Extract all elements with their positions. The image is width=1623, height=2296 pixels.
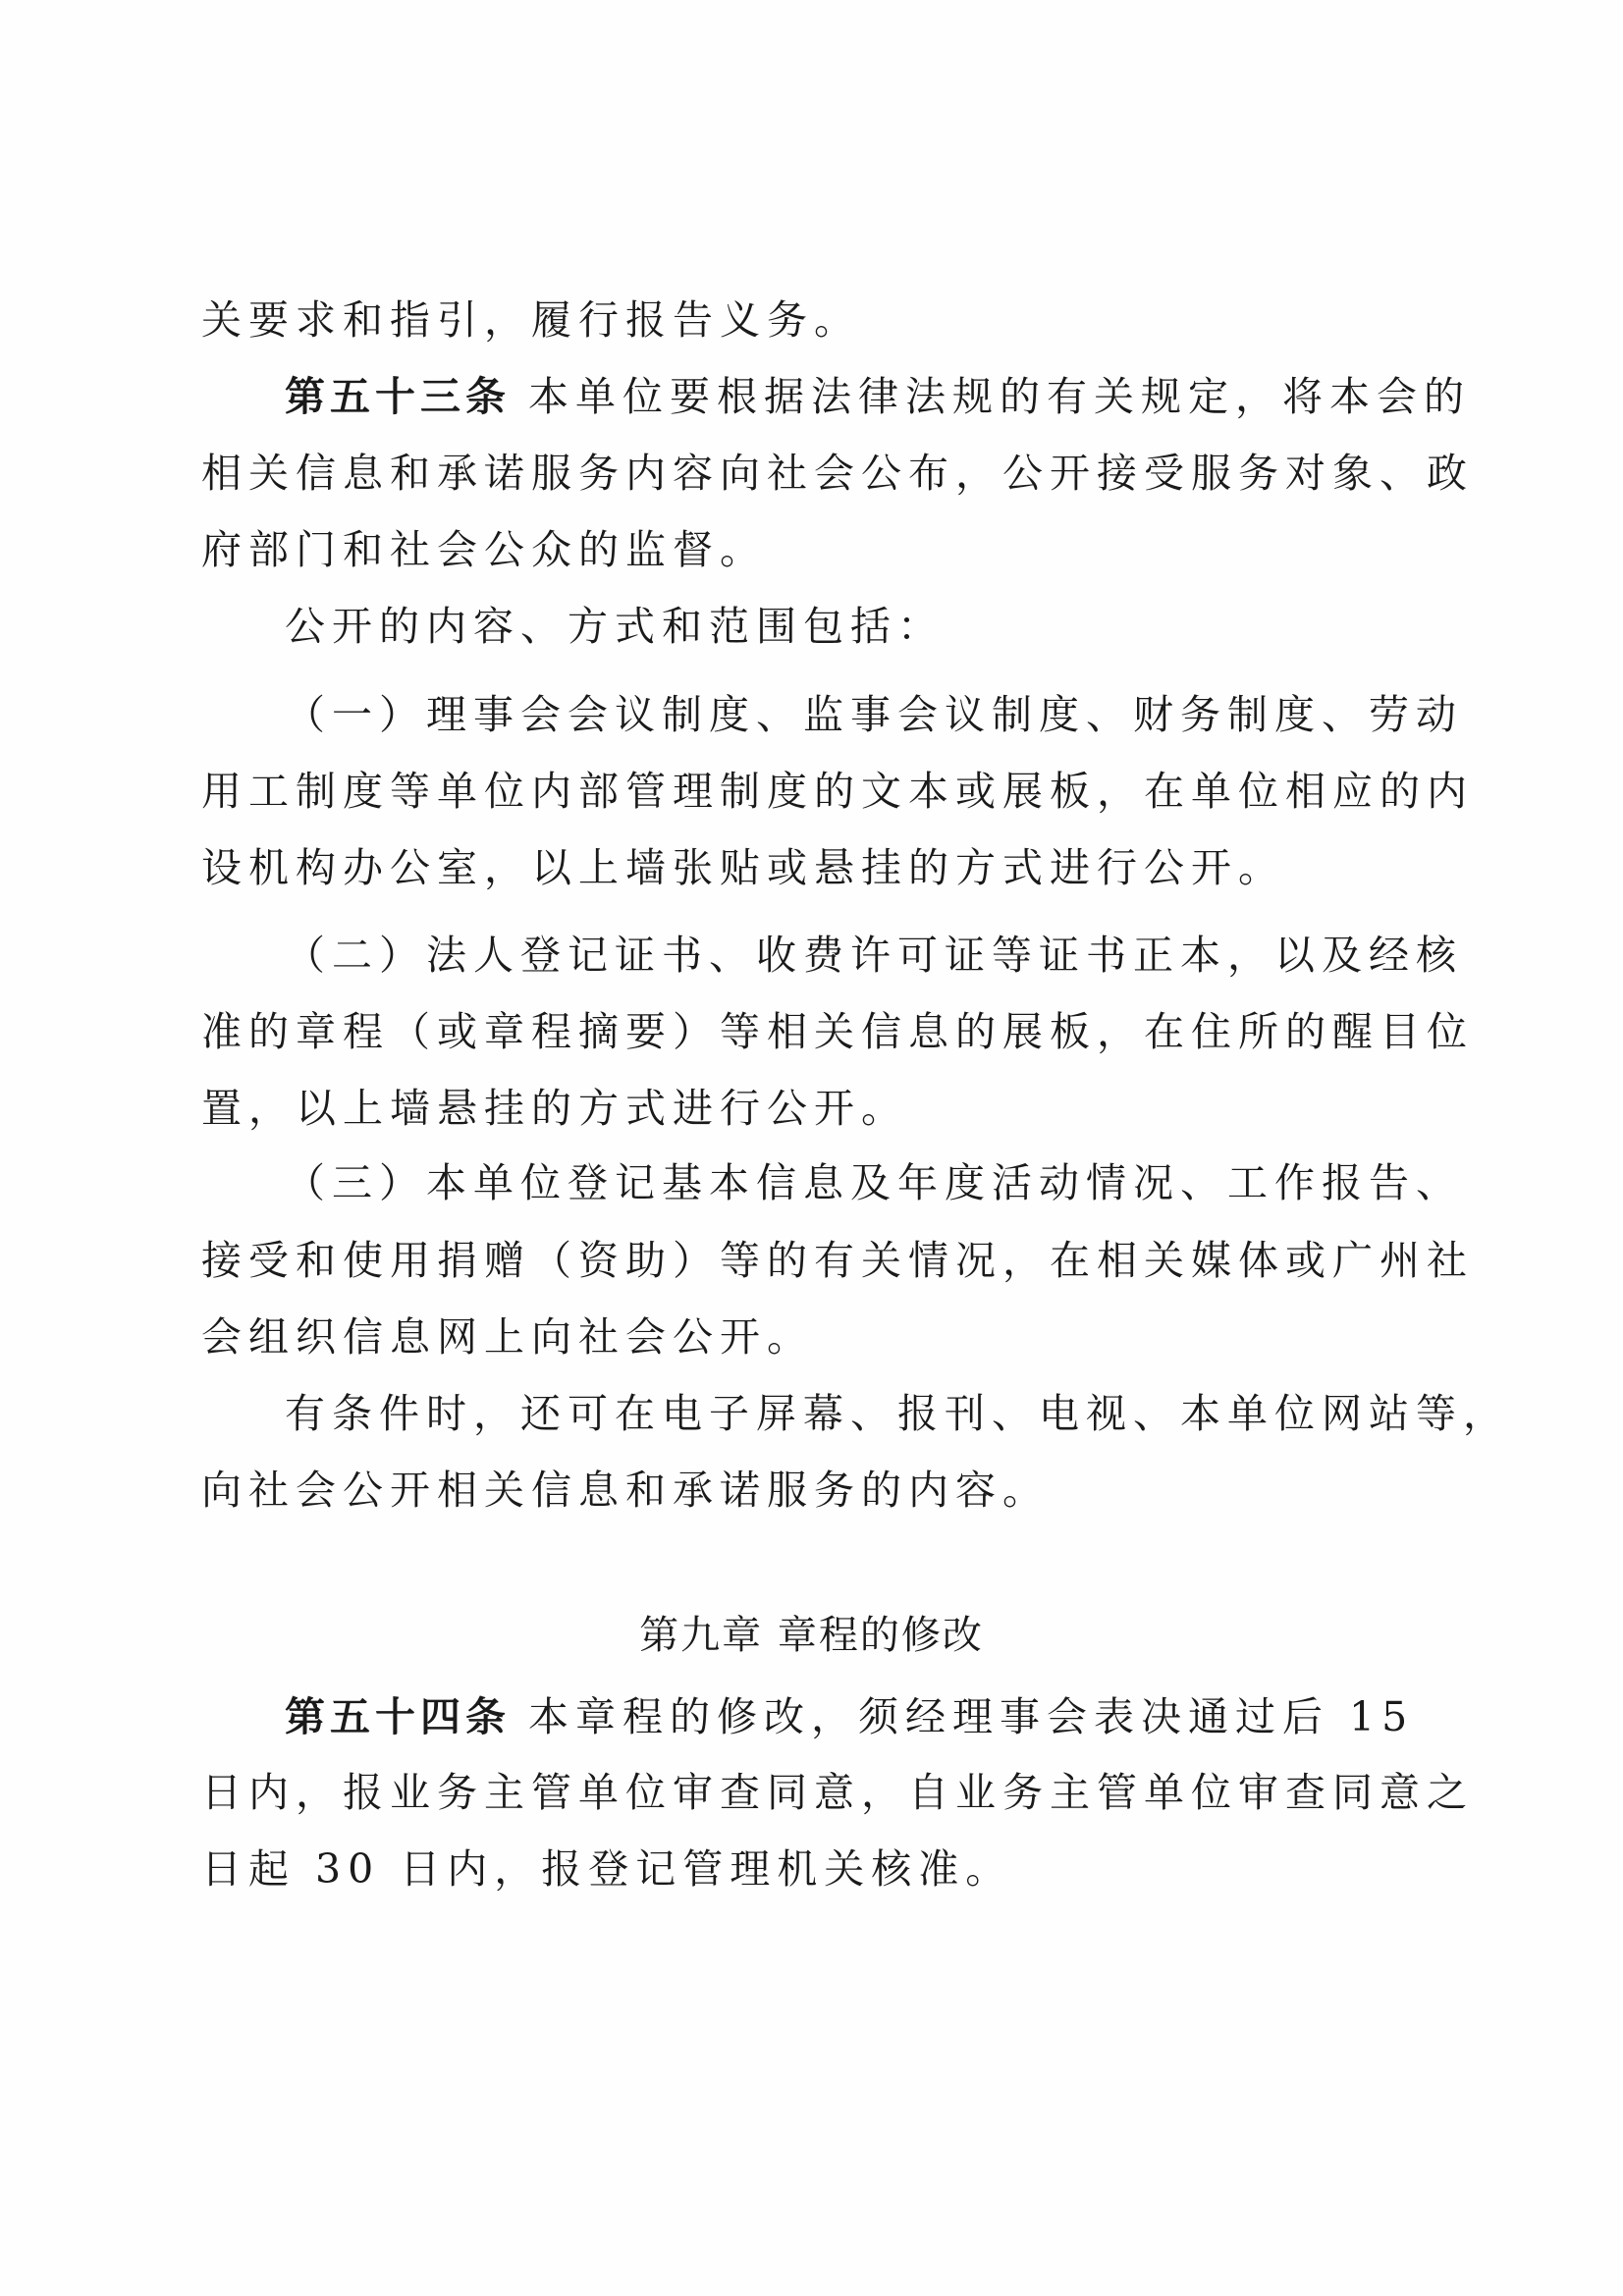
paragraph-line: 相关信息和承诺服务内容向社会公布，公开接受服务对象、政 <box>201 448 1394 499</box>
paragraph-line: 向社会公开相关信息和承诺服务的内容。 <box>201 1465 1394 1516</box>
paragraph-line: 公开的内容、方式和范围包括： <box>285 601 1394 652</box>
paragraph-text: 本章程的修改，须经理事会表决通过后 15 <box>528 1693 1414 1740</box>
article-53-first-line: 第五十三条本单位要根据法律法规的有关规定，将本会的 <box>285 371 1394 422</box>
paragraph-text: 本单位要根据法律法规的有关规定，将本会的 <box>528 373 1471 420</box>
paragraph-line: 接受和使用捐赠（资助）等的有关情况，在相关媒体或广州社 <box>201 1235 1394 1286</box>
paragraph-line: 准的章程（或章程摘要）等相关信息的展板，在住所的醒目位 <box>201 1006 1394 1057</box>
chapter-title: 第九章 章程的修改 <box>0 1610 1623 1661</box>
paragraph-line: 用工制度等单位内部管理制度的文本或展板，在单位相应的内 <box>201 766 1394 817</box>
document-page: 关要求和指引，履行报告义务。 第五十三条本单位要根据法律法规的有关规定，将本会的… <box>0 0 1623 2296</box>
paragraph-line: 设机构办公室，以上墙张贴或悬挂的方式进行公开。 <box>201 842 1394 893</box>
list-item-2-line: （二）法人登记证书、收费许可证等证书正本，以及经核 <box>285 930 1394 981</box>
paragraph-line: 置，以上墙悬挂的方式进行公开。 <box>201 1083 1394 1134</box>
paragraph-line: 府部门和社会公众的监督。 <box>201 524 1394 575</box>
paragraph-line: 日起 30 日内，报登记管理机关核准。 <box>201 1843 1394 1895</box>
list-item-1-line: （一）理事会会议制度、监事会议制度、财务制度、劳动 <box>285 689 1394 740</box>
article-54-first-line: 第五十四条本章程的修改，须经理事会表决通过后 15 <box>285 1691 1394 1742</box>
paragraph-line: 会组织信息网上向社会公开。 <box>201 1311 1394 1362</box>
article-54-label: 第五十四条 <box>285 1693 511 1740</box>
paragraph-line: 关要求和指引，履行报告义务。 <box>201 294 1394 346</box>
list-item-3-line: （三）本单位登记基本信息及年度活动情况、工作报告、 <box>285 1157 1394 1208</box>
paragraph-line: 日内，报业务主管单位审查同意，自业务主管单位审查同意之 <box>201 1767 1394 1818</box>
article-53-label: 第五十三条 <box>285 373 511 420</box>
paragraph-line: 有条件时，还可在电子屏幕、报刊、电视、本单位网站等， <box>285 1388 1394 1439</box>
